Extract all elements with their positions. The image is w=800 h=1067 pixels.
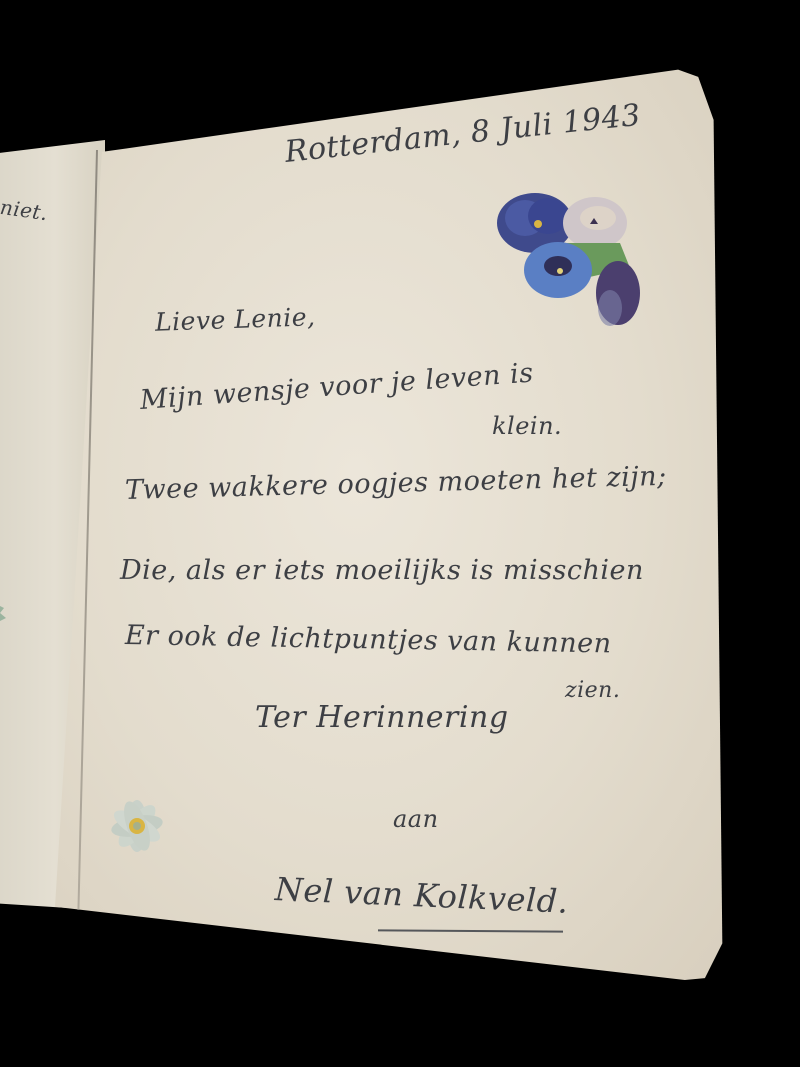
salutation: Lieve Lenie, — [155, 302, 316, 337]
poem-line-1-continuation: klein. — [492, 412, 562, 440]
pansy-cutout-icon — [490, 188, 645, 330]
daisy-cutout-icon — [97, 778, 179, 876]
closing-phrase: Ter Herinnering — [255, 700, 509, 735]
poem-line-3: Die, als er iets moeilijks is misschien — [120, 555, 644, 586]
poem-line-4-continuation: zien. — [565, 678, 620, 703]
photo-scene: niet. Rotterdam, 8 Juli 1943 Lieve Lenie… — [0, 0, 800, 1067]
closing-to: aan — [393, 805, 439, 833]
left-page-flower-fragment-icon — [0, 600, 8, 626]
